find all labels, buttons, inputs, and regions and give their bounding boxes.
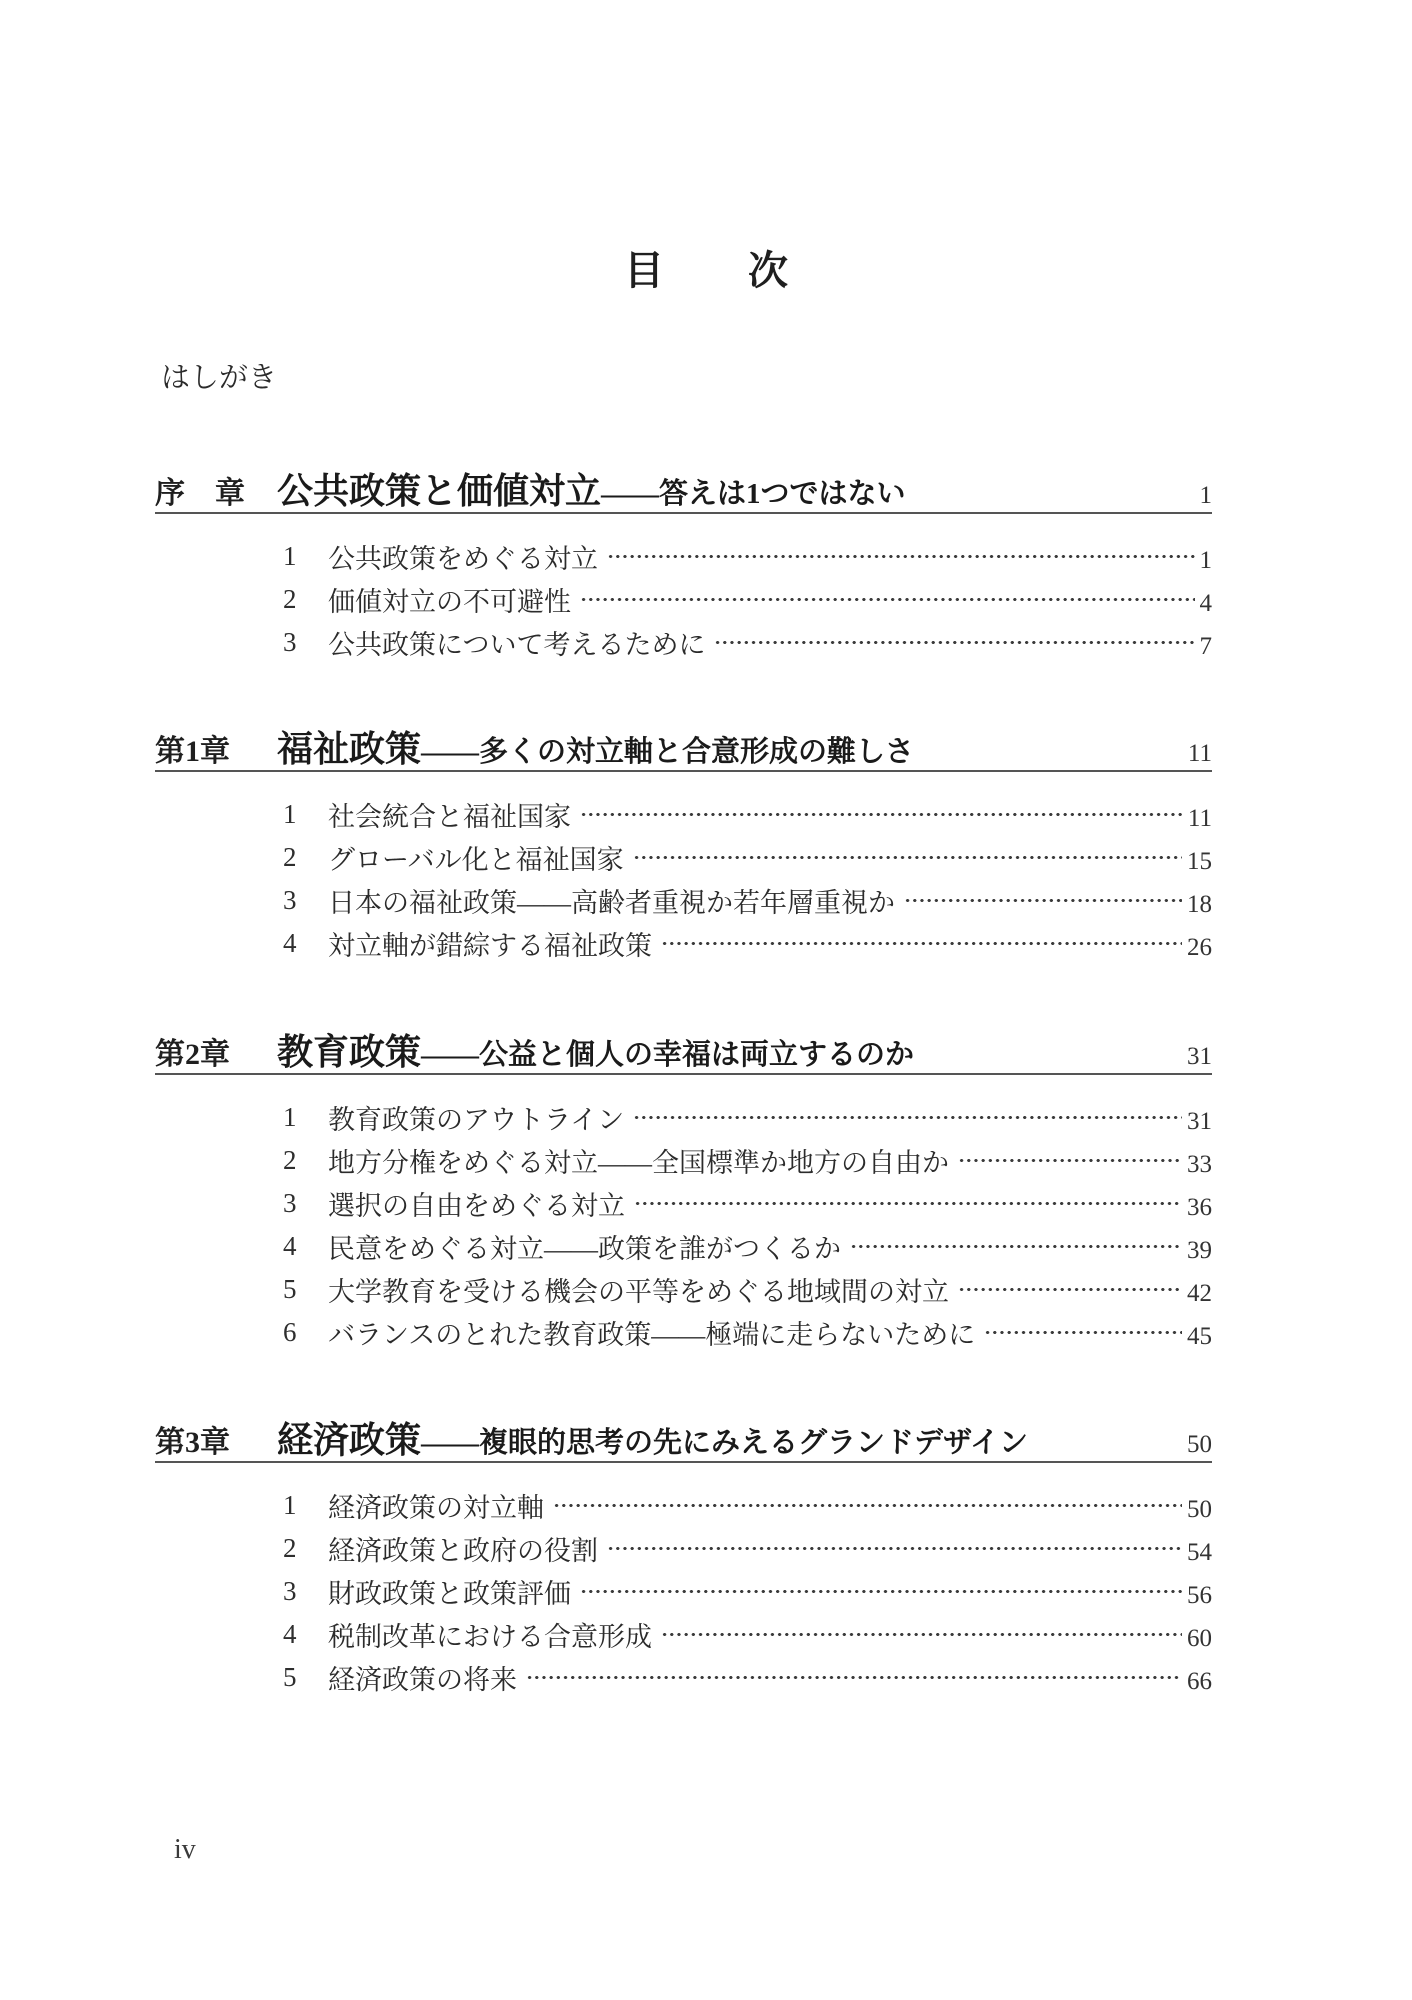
toc-item-title: 価値対立の不可避性 xyxy=(328,580,571,619)
leader-dots xyxy=(580,578,1195,621)
toc-item: 3 財政政策と政策評価 56 xyxy=(155,1570,1212,1613)
toc-item-page-number: 15 xyxy=(1187,848,1212,876)
toc-item-number: 2 xyxy=(283,584,328,615)
toc-item-page-number: 7 xyxy=(1200,633,1213,661)
leader-dots xyxy=(714,621,1194,664)
toc-item-title: 財政政策と政策評価 xyxy=(328,1572,571,1611)
toc-item: 2 経済政策と政府の役割 54 xyxy=(155,1527,1212,1570)
chapter-dash: ―― xyxy=(421,1039,479,1072)
toc-item: 1 経済政策の対立軸 50 xyxy=(155,1484,1212,1527)
leader-dots xyxy=(633,836,1182,879)
toc-item-page-number: 31 xyxy=(1187,1108,1212,1136)
toc-item-number: 6 xyxy=(283,1317,328,1348)
toc-item-number: 2 xyxy=(283,1145,328,1176)
toc-item-title: 対立軸が錯綜する福祉政策 xyxy=(328,924,652,963)
chapter-label: 第3章 xyxy=(155,1417,255,1461)
chapter-heading: 第2章 教育政策 ―― 公益と個人の幸福は両立するのか 31 xyxy=(155,1029,1212,1075)
toc-item-number: 3 xyxy=(283,627,328,658)
toc-item-page-number: 66 xyxy=(1187,1668,1212,1696)
toc-item-page-number: 54 xyxy=(1187,1539,1212,1567)
toc-item: 1 社会統合と福祉国家 11 xyxy=(155,793,1212,836)
leader-dots xyxy=(580,793,1183,836)
toc-item: 4 税制改革における合意形成 60 xyxy=(155,1613,1212,1656)
toc-item: 3 日本の福祉政策――高齢者重視か若年層重視か 18 xyxy=(155,879,1212,922)
toc-item-number: 4 xyxy=(283,928,328,959)
chapter-title: 福祉政策 xyxy=(277,731,421,767)
chapter-subtitle: 公益と個人の幸福は両立するのか xyxy=(479,1032,914,1073)
toc-item-title: 日本の福祉政策――高齢者重視か若年層重視か xyxy=(328,881,895,920)
chapter-label: 序 章 xyxy=(155,468,255,512)
toc-item: 2 グローバル化と福祉国家 15 xyxy=(155,836,1212,879)
chapter-page-number: 50 xyxy=(1187,1431,1212,1459)
chapter-dash: ―― xyxy=(601,478,659,511)
leader-dots xyxy=(553,1484,1182,1527)
toc-item-page-number: 60 xyxy=(1187,1625,1212,1653)
toc-item-page-number: 42 xyxy=(1187,1280,1212,1308)
chapter-subtitle: 複眼的思考の先にみえるグランドデザイン xyxy=(479,1420,1028,1461)
toc-item-title: 民意をめぐる対立――政策を誰がつくるか xyxy=(328,1227,841,1266)
toc-item: 3 公共政策について考えるために 7 xyxy=(155,621,1212,664)
toc-item-title: グローバル化と福祉国家 xyxy=(328,838,624,877)
toc-item-title: 公共政策について考えるために xyxy=(328,623,705,662)
toc-item-number: 4 xyxy=(283,1619,328,1650)
chapter-subtitle: 答えは1つではない xyxy=(659,471,906,512)
toc-item-title: 経済政策の対立軸 xyxy=(328,1486,544,1525)
chapter-label: 第1章 xyxy=(155,726,255,770)
chapter-label: 第2章 xyxy=(155,1029,255,1073)
chapter-heading: 第3章 経済政策 ―― 複眼的思考の先にみえるグランドデザイン 50 xyxy=(155,1417,1212,1463)
chapter-heading: 序 章 公共政策と価値対立 ―― 答えは1つではない 1 xyxy=(155,468,1212,514)
chapter-title: 公共政策と価値対立 xyxy=(277,473,601,509)
toc-item: 1 教育政策のアウトライン 31 xyxy=(155,1096,1212,1139)
folio-page-number: iv xyxy=(174,1834,196,1866)
toc-item-number: 1 xyxy=(283,799,328,830)
toc-item-page-number: 18 xyxy=(1187,891,1212,919)
leader-dots xyxy=(661,1613,1182,1656)
chapter-heading: 第1章 福祉政策 ―― 多くの対立軸と合意形成の難しさ 11 xyxy=(155,726,1212,772)
toc-item-number: 3 xyxy=(283,1576,328,1607)
chapter-item-list: 1 経済政策の対立軸 50 2 経済政策と政府の役割 54 3 財政政策と政策評… xyxy=(155,1463,1212,1699)
chapter-section-3: 第3章 経済政策 ―― 複眼的思考の先にみえるグランドデザイン 50 1 経済政… xyxy=(155,1417,1212,1699)
toc-item: 2 地方分権をめぐる対立――全国標準か地方の自由か 33 xyxy=(155,1139,1212,1182)
chapter-subtitle: 多くの対立軸と合意形成の難しさ xyxy=(479,729,914,770)
leader-dots xyxy=(904,879,1182,922)
chapter-dash: ―― xyxy=(421,736,479,769)
chapter-item-list: 1 公共政策をめぐる対立 1 2 価値対立の不可避性 4 3 公共政策について考… xyxy=(155,514,1212,664)
toc-item-number: 1 xyxy=(283,1102,328,1133)
toc-item-number: 5 xyxy=(283,1662,328,1693)
toc-item-page-number: 39 xyxy=(1187,1237,1212,1265)
leader-dots xyxy=(633,1096,1182,1139)
leader-dots xyxy=(580,1570,1182,1613)
toc-item-page-number: 56 xyxy=(1187,1582,1212,1610)
chapter-title: 教育政策 xyxy=(277,1034,421,1070)
toc-item-number: 2 xyxy=(283,1533,328,1564)
chapter-section-intro: 序 章 公共政策と価値対立 ―― 答えは1つではない 1 1 公共政策をめぐる対… xyxy=(155,468,1212,664)
toc-item: 5 大学教育を受ける機会の平等をめぐる地域間の対立 42 xyxy=(155,1268,1212,1311)
leader-dots xyxy=(607,1527,1182,1570)
leader-dots xyxy=(850,1225,1182,1268)
toc-item-title: 経済政策の将来 xyxy=(328,1658,517,1697)
leader-dots xyxy=(661,922,1182,965)
toc-item-page-number: 4 xyxy=(1200,590,1213,618)
chapter-section-2: 第2章 教育政策 ―― 公益と個人の幸福は両立するのか 31 1 教育政策のアウ… xyxy=(155,1029,1212,1354)
toc-item-page-number: 1 xyxy=(1200,547,1213,575)
toc-item-page-number: 26 xyxy=(1187,934,1212,962)
toc-item-title: 大学教育を受ける機会の平等をめぐる地域間の対立 xyxy=(328,1270,949,1309)
toc-item-number: 2 xyxy=(283,842,328,873)
toc-item: 4 対立軸が錯綜する福祉政策 26 xyxy=(155,922,1212,965)
chapter-item-list: 1 社会統合と福祉国家 11 2 グローバル化と福祉国家 15 3 日本の福祉政… xyxy=(155,772,1212,965)
leader-dots xyxy=(958,1139,1182,1182)
toc-item-title: 教育政策のアウトライン xyxy=(328,1098,624,1137)
leader-dots xyxy=(984,1311,1182,1354)
toc-item-title: 社会統合と福祉国家 xyxy=(328,795,571,834)
toc-item-title: 経済政策と政府の役割 xyxy=(328,1529,598,1568)
leader-dots xyxy=(958,1268,1182,1311)
toc-item-number: 1 xyxy=(283,541,328,572)
toc-item: 4 民意をめぐる対立――政策を誰がつくるか 39 xyxy=(155,1225,1212,1268)
toc-item-title: 公共政策をめぐる対立 xyxy=(328,537,598,576)
chapter-page-number: 1 xyxy=(1200,482,1213,510)
toc-item: 2 価値対立の不可避性 4 xyxy=(155,578,1212,621)
toc-item-title: バランスのとれた教育政策――極端に走らないために xyxy=(328,1313,975,1352)
toc-item: 1 公共政策をめぐる対立 1 xyxy=(155,535,1212,578)
toc-item-page-number: 33 xyxy=(1187,1151,1212,1179)
toc-item-number: 5 xyxy=(283,1274,328,1305)
chapter-page-number: 11 xyxy=(1188,740,1212,768)
toc-item-page-number: 11 xyxy=(1188,805,1212,833)
chapter-section-1: 第1章 福祉政策 ―― 多くの対立軸と合意形成の難しさ 11 1 社会統合と福祉… xyxy=(155,726,1212,965)
toc-item-page-number: 50 xyxy=(1187,1496,1212,1524)
toc-item-number: 3 xyxy=(283,1188,328,1219)
leader-dots xyxy=(634,1182,1182,1225)
leader-dots xyxy=(607,535,1195,578)
toc-item-page-number: 36 xyxy=(1187,1194,1212,1222)
preface-label: はしがき xyxy=(161,361,277,396)
toc-item: 3 選択の自由をめぐる対立 36 xyxy=(155,1182,1212,1225)
toc-item: 6 バランスのとれた教育政策――極端に走らないために 45 xyxy=(155,1311,1212,1354)
toc-item-page-number: 45 xyxy=(1187,1323,1212,1351)
chapter-page-number: 31 xyxy=(1187,1043,1212,1071)
page-title: 目 次 xyxy=(0,249,1412,293)
toc-item-title: 地方分権をめぐる対立――全国標準か地方の自由か xyxy=(328,1141,949,1180)
toc-item-title: 選択の自由をめぐる対立 xyxy=(328,1184,625,1223)
chapter-item-list: 1 教育政策のアウトライン 31 2 地方分権をめぐる対立――全国標準か地方の自… xyxy=(155,1075,1212,1354)
toc-item: 5 経済政策の将来 66 xyxy=(155,1656,1212,1699)
toc-item-title: 税制改革における合意形成 xyxy=(328,1615,652,1654)
toc-item-number: 3 xyxy=(283,885,328,916)
toc-item-number: 4 xyxy=(283,1231,328,1262)
chapter-title: 経済政策 xyxy=(277,1422,421,1458)
toc-item-number: 1 xyxy=(283,1490,328,1521)
leader-dots xyxy=(526,1656,1182,1699)
chapter-dash: ―― xyxy=(421,1427,479,1460)
